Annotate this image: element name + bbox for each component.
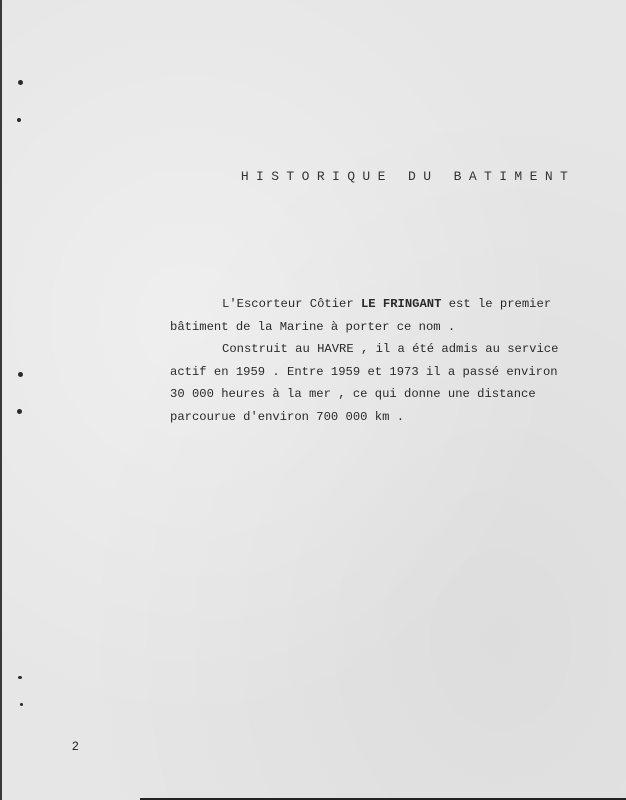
paragraph-1-line-2: bâtiment de la Marine à porter ce nom .	[170, 316, 590, 339]
document-body: L'Escorteur Côtier LE FRINGANT est le pr…	[170, 293, 590, 428]
binder-hole-mark	[18, 676, 22, 679]
binder-hole-mark	[17, 118, 21, 122]
paragraph-1-line-1: L'Escorteur Côtier LE FRINGANT est le pr…	[170, 293, 590, 316]
document-title-text: HISTORIQUE DU BATIMENT	[241, 169, 575, 184]
text-run: est le premier	[441, 297, 551, 311]
binder-hole-mark	[20, 703, 23, 706]
text-run: L'Escorteur Côtier	[222, 297, 361, 311]
paragraph-2-line-4: parcourue d'environ 700 000 km .	[170, 406, 590, 429]
binder-hole-mark	[18, 80, 23, 85]
binder-hole-mark	[17, 409, 22, 414]
paragraph-2-line-1: Construit au HAVRE , il a été admis au s…	[170, 338, 590, 361]
paragraph-2-line-3: 30 000 heures à la mer , ce qui donne un…	[170, 383, 590, 406]
page-left-edge	[0, 0, 2, 800]
ship-name: LE FRINGANT	[361, 297, 441, 311]
paragraph-2-line-2: actif en 1959 . Entre 1959 et 1973 il a …	[170, 361, 590, 384]
binder-hole-mark	[18, 372, 23, 377]
scanned-page: HISTORIQUE DU BATIMENT L'Escorteur Côtie…	[0, 0, 626, 800]
page-number: 2	[72, 739, 79, 753]
document-title: HISTORIQUE DU BATIMENT	[180, 154, 575, 199]
